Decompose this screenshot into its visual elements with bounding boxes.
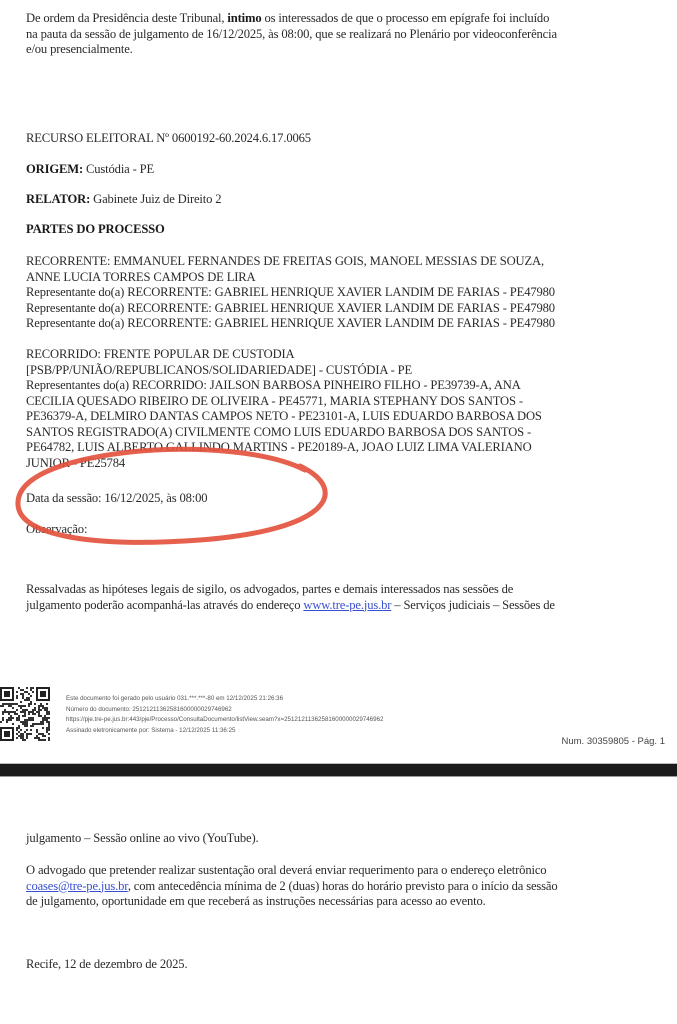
recorrido-line: [PSB/PP/UNIÃO/REPUBLICANOS/SOLIDARIEDADE… (26, 363, 663, 379)
email-link[interactable]: coases@tre-pe.jus.br (26, 879, 128, 893)
metadata-line: Assinado eletronicamente por: Sistema - … (66, 726, 383, 737)
page-number: Num. 30359805 - Pág. 1 (561, 736, 665, 747)
closing-date: Recife, 12 de dezembro de 2025. (26, 957, 663, 973)
tre-website-link[interactable]: www.tre-pe.jus.br (303, 598, 391, 612)
notice-text-post: – Serviços judiciais – Sessões de (391, 598, 555, 612)
metadata-line: Este documento foi gerado pelo usuário 0… (66, 694, 383, 705)
intro-line-3: e/ou presencialmente. (26, 42, 663, 58)
recorrido-line: RECORRIDO: FRENTE POPULAR DE CUSTODIA (26, 347, 663, 363)
oral-argument-paragraph: O advogado que pretender realizar susten… (26, 863, 663, 910)
case-number: RECURSO ELEITORAL Nº 0600192-60.2024.6.1… (26, 131, 663, 147)
recorrente-line: Representante do(a) RECORRENTE: GABRIEL … (26, 285, 663, 301)
intro-line-2: na pauta da sessão de julgamento de 16/1… (26, 27, 663, 43)
origem-value: Custódia - PE (83, 162, 154, 176)
recorrido-line: PE36379-A, DELMIRO DANTAS CAMPOS NETO - … (26, 409, 663, 425)
intro-text-rest: os interessados de que o processo em epí… (262, 11, 550, 25)
partes-heading: PARTES DO PROCESSO (26, 222, 663, 238)
observacao-label: Observação: (26, 522, 663, 538)
oral-line-1: O advogado que pretender realizar susten… (26, 863, 663, 879)
recorrente-line: ANNE LUCIA TORRES CAMPOS DE LIRA (26, 270, 663, 286)
intimo-bold: intimo (227, 11, 261, 25)
recorrente-block: RECORRENTE: EMMANUEL FERNANDES DE FREITA… (26, 254, 663, 332)
notice-paragraph: Ressalvadas as hipóteses legais de sigil… (26, 582, 663, 613)
intro-paragraph: De ordem da Presidência deste Tribunal, … (26, 11, 663, 58)
session-date: Data da sessão: 16/12/2025, às 08:00 (26, 491, 663, 507)
oral-line-2: coases@tre-pe.jus.br, com antecedência m… (26, 879, 663, 895)
intro-line-1: De ordem da Presidência deste Tribunal, … (26, 11, 663, 27)
recorrido-line: Representantes do(a) RECORRIDO: JAILSON … (26, 378, 663, 394)
recorrente-line: RECORRENTE: EMMANUEL FERNANDES DE FREITA… (26, 254, 663, 270)
intro-text: De ordem da Presidência deste Tribunal, (26, 11, 227, 25)
document-metadata: Este documento foi gerado pelo usuário 0… (66, 694, 383, 736)
notice-line-2: julgamento poderão acompanhá-las através… (26, 598, 663, 614)
qr-code (0, 687, 50, 741)
metadata-line: https://pje.tre-pe.jus.br:443/pje/Proces… (66, 715, 383, 726)
recorrido-line: PE64782, LUIS ALBERTO GALLINDO MARTINS -… (26, 440, 663, 456)
origem: ORIGEM: Custódia - PE (26, 162, 663, 178)
recorrido-line: JUNIOR - PE25784 (26, 456, 663, 472)
page-break-divider (0, 763, 677, 777)
recorrente-line: Representante do(a) RECORRENTE: GABRIEL … (26, 301, 663, 317)
relator-label: RELATOR: (26, 192, 90, 206)
continuation-line: julgamento – Sessão online ao vivo (YouT… (26, 831, 663, 847)
notice-line-1: Ressalvadas as hipóteses legais de sigil… (26, 582, 663, 598)
oral-line-3: de julgamento, oportunidade em que receb… (26, 894, 663, 910)
oral-text-post: , com antecedência mínima de 2 (duas) ho… (128, 879, 558, 893)
recorrente-line: Representante do(a) RECORRENTE: GABRIEL … (26, 316, 663, 332)
recorrido-line: SANTOS REGISTRADO(A) CIVILMENTE COMO LUI… (26, 425, 663, 441)
origem-label: ORIGEM: (26, 162, 83, 176)
notice-text: julgamento poderão acompanhá-las através… (26, 598, 303, 612)
relator-value: Gabinete Juiz de Direito 2 (90, 192, 221, 206)
recorrido-line: CECILIA QUESADO RIBEIRO DE OLIVEIRA - PE… (26, 394, 663, 410)
partes-heading-text: PARTES DO PROCESSO (26, 222, 165, 236)
recorrido-block: RECORRIDO: FRENTE POPULAR DE CUSTODIA[PS… (26, 347, 663, 471)
metadata-line: Número do documento: 2512121136258160000… (66, 705, 383, 716)
relator: RELATOR: Gabinete Juiz de Direito 2 (26, 192, 663, 208)
